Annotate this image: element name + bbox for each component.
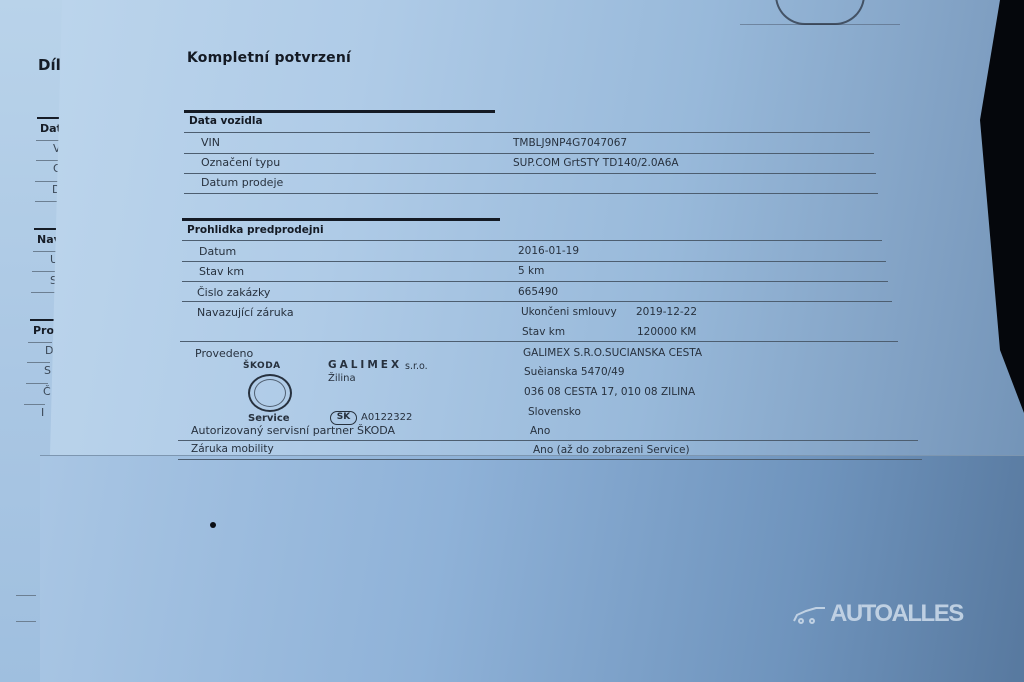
row-rule [182, 301, 892, 302]
dealer-code: A0122322 [361, 412, 412, 423]
back-row-rule [26, 383, 48, 384]
back-row-rule [24, 404, 45, 405]
ink-dot [210, 522, 216, 528]
authorized-partner-label: Autorizovaný servisní partner ŠKODA [191, 424, 395, 437]
odometer-value: 5 km [518, 265, 544, 277]
back-row-label: D [45, 344, 53, 357]
odometer-label: Stav km [199, 265, 244, 278]
skoda-logo-icon [248, 374, 292, 412]
document-title: Kompletní potvrzení [187, 50, 351, 66]
row-rule [184, 173, 876, 174]
back-row-rule [16, 621, 36, 622]
row-rule [182, 261, 886, 262]
section-heading-vehicle: Data vozidla [189, 115, 263, 127]
back-row-rule [33, 251, 59, 252]
back-row-rule [31, 292, 56, 293]
performed-label: Provedeno [195, 347, 253, 360]
skoda-wordmark: ŠKODA [243, 361, 281, 371]
back-section-rule [30, 319, 54, 321]
dealer-suffix: s.r.o. [405, 361, 428, 372]
row-rule [182, 240, 882, 241]
skoda-service-label: Service [248, 413, 290, 424]
back-section-head: Pro [33, 324, 54, 337]
warranty-km-value: 120000 KM [637, 326, 696, 338]
row-rule [182, 281, 888, 282]
back-row-rule [16, 595, 36, 596]
address-line: 036 08 CESTA 17, 010 08 ZILINA [524, 386, 695, 398]
row-rule [184, 132, 870, 133]
contract-end-label: Ukončeni smlouvy [521, 306, 617, 318]
vin-label: VIN [201, 136, 220, 149]
inspection-date-label: Datum [199, 245, 236, 258]
section-rule [182, 218, 500, 221]
watermark-text: AUTOALLES [830, 600, 963, 628]
address-line: Suèianska 5470/49 [524, 366, 625, 378]
section-heading-inspection: Prohlidka predprodejni [187, 224, 324, 236]
sheet-lower-fold [40, 455, 1024, 682]
row-rule [178, 440, 918, 441]
warranty-label: Navazující záruka [197, 306, 294, 319]
back-row-rule [28, 342, 52, 343]
country-badge: SK [330, 411, 357, 425]
back-row-rule [32, 271, 58, 272]
order-number-label: Čislo zakázky [197, 286, 270, 299]
back-row-label: I [41, 406, 44, 419]
car-outline-icon [792, 603, 828, 625]
type-value: SUP.COM GrtSTY TD140/2.0A6A [513, 157, 679, 169]
autoalles-watermark: AUTOALLES [792, 600, 963, 628]
authorized-partner-value: Ano [530, 425, 550, 437]
type-label: Označení typu [201, 156, 280, 169]
row-rule [180, 341, 898, 342]
address-line: GALIMEX S.R.O.SUCIANSKA CESTA [523, 347, 702, 359]
sale-date-label: Datum prodeje [201, 176, 283, 189]
dealer-name: GALIMEX [328, 359, 402, 371]
vin-value: TMBLJ9NP4G7047067 [513, 137, 627, 149]
dealer-city: Žilina [328, 373, 356, 384]
mobility-warranty-label: Záruka mobility [191, 443, 274, 455]
inspection-date-value: 2016-01-19 [518, 245, 579, 257]
mobility-warranty-value: Ano (až do zobrazeni Service) [533, 444, 690, 456]
back-row-rule [27, 362, 50, 363]
section-rule [184, 110, 495, 113]
warranty-km-label: Stav km [522, 326, 565, 338]
row-rule [184, 153, 874, 154]
contract-end-value: 2019-12-22 [636, 306, 697, 318]
order-number-value: 665490 [518, 286, 558, 298]
back-row-label: S [44, 364, 51, 377]
back-row-label: Č [43, 385, 51, 398]
row-rule [178, 459, 922, 460]
row-rule [184, 193, 878, 194]
address-line: Slovensko [528, 406, 581, 418]
